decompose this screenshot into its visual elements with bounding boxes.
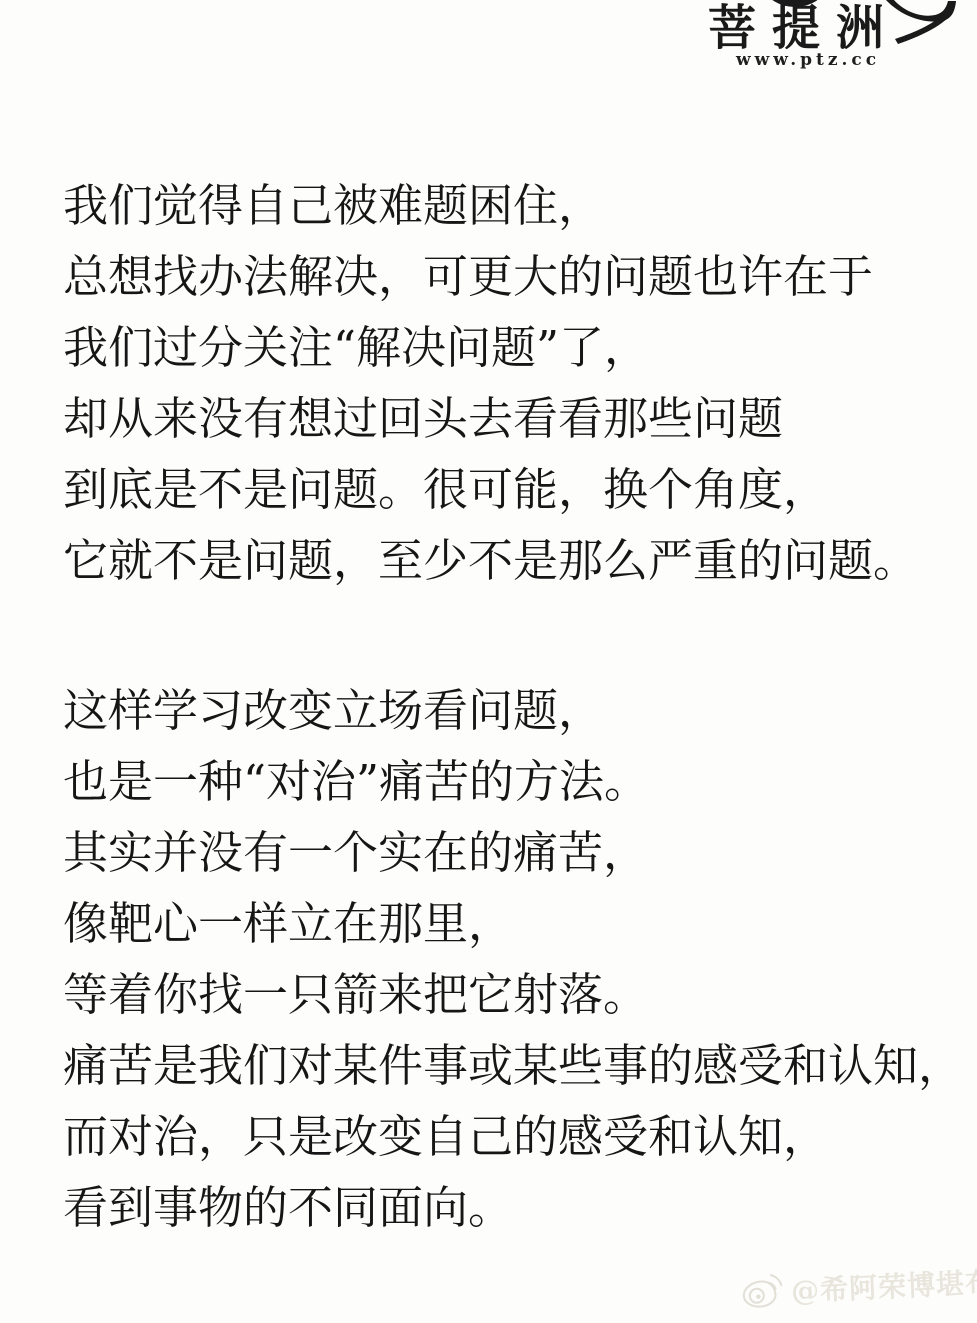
- quote-line: 其实并没有一个实在的痛苦，: [63, 817, 977, 888]
- weibo-watermark: @希阿荣博堪布: [738, 1261, 977, 1312]
- brand-logo: 菩提洲 www.ptz.cc: [660, 0, 977, 95]
- quote-line: 这样学习改变立场看问题，: [63, 675, 977, 746]
- quote-line: 而对治，只是改变自己的感受和认知，: [63, 1101, 977, 1172]
- quote-line: 也是一种“对治”痛苦的方法。: [63, 746, 977, 817]
- quote-line: 却从来没有想过回头去看看那些问题: [63, 383, 977, 454]
- quote-text: 我们觉得自己被难题困住， 总想找办法解决，可更大的问题也许在于 我们过分关注“解…: [63, 170, 977, 1243]
- quote-line: 我们过分关注“解决问题”了，: [63, 312, 977, 383]
- watermark-handle: @希阿荣博堪布: [790, 1261, 977, 1310]
- page-canvas: { "page": { "background": "#fdfdfb" }, "…: [0, 0, 977, 1323]
- quote-line: 看到事物的不同面向。: [63, 1172, 977, 1243]
- quote-line: 像靶心一样立在那里，: [63, 888, 977, 959]
- quote-line: 总想找办法解决，可更大的问题也许在于: [63, 241, 977, 312]
- quote-line: 我们觉得自己被难题困住，: [63, 170, 977, 241]
- quote-line: 到底是不是问题。很可能，换个角度，: [63, 454, 977, 525]
- quote-line: 它就不是问题，至少不是那么严重的问题。: [63, 525, 977, 596]
- quote-line: 痛苦是我们对某件事或某些事的感受和认知，: [63, 1030, 977, 1101]
- quote-line: 等着你找一只箭来把它射落。: [63, 959, 977, 1030]
- weibo-icon: [738, 1271, 784, 1311]
- brand-url: www.ptz.cc: [736, 50, 880, 70]
- brand-name: 菩提洲: [708, 2, 900, 54]
